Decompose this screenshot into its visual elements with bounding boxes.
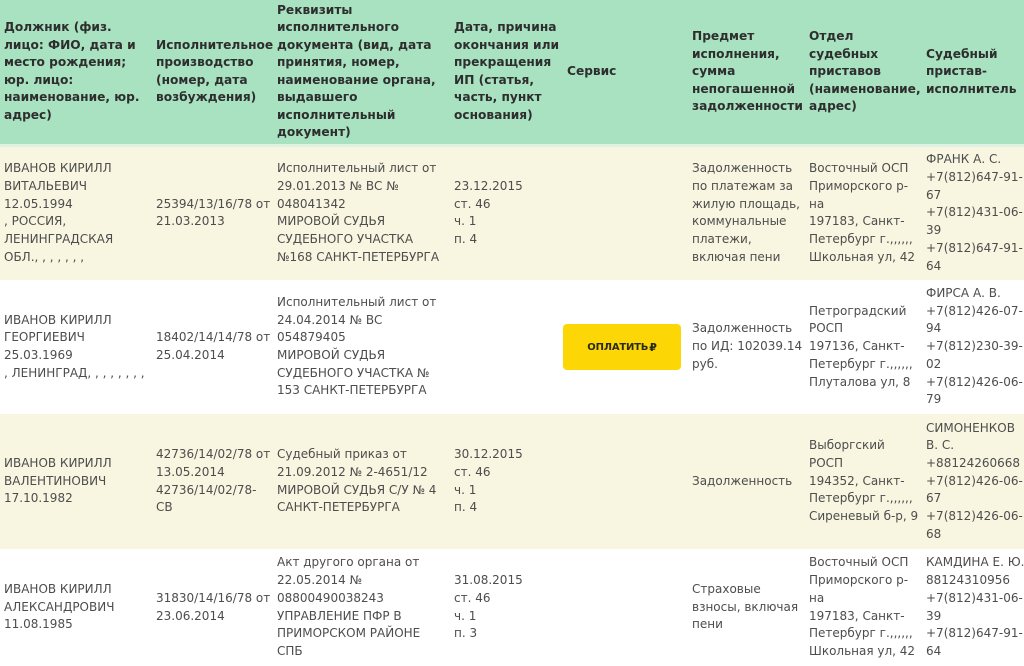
cell-bailiff: ФИРСА А. В.+7(812)426-07-94+7(812)230-39… xyxy=(922,280,1024,414)
cell-debtor: ИВАНОВ КИРИЛЛВИТАЛЬЕВИЧ12.05.1994, РОССИ… xyxy=(0,145,152,280)
debtor-line: 17.10.1982 xyxy=(4,490,150,508)
end-reason-line: п. 3 xyxy=(454,625,561,643)
bailiff-line: +7(812)426-07- xyxy=(926,303,1022,321)
debtor-line: 11.08.1985 xyxy=(4,616,150,634)
bailiff-line: +7(812)426-06- xyxy=(926,508,1022,526)
cell-bailiff: СИМОНЕНКОВВ. С.+88124260668+7(812)426-06… xyxy=(922,414,1024,549)
debtor-line: ВАЛЕНТИНОВИЧ xyxy=(4,473,150,491)
document-line: МИРОВОЙ СУДЬЯ xyxy=(277,347,448,365)
document-line: СПБ xyxy=(277,643,448,661)
department-line: Сиреневый б-р, 9 xyxy=(809,508,920,526)
department-line: Восточный ОСП xyxy=(809,554,920,572)
cell-document: Судебный приказ от21.09.2012 № 2-4651/12… xyxy=(273,414,450,549)
proceeding-line: 25394/13/16/78 от xyxy=(156,196,271,214)
cell-department: Восточный ОСППриморского р-на197183, Сан… xyxy=(805,145,922,280)
department-line: на xyxy=(809,590,920,608)
subject-line: жилую площадь, xyxy=(692,196,803,214)
bailiff-line: 67 xyxy=(926,490,1022,508)
cell-bailiff: КАМДИНА Е. Ю.88124310956+7(812)431-06-39… xyxy=(922,549,1024,666)
cell-debtor: ИВАНОВ КИРИЛЛАЛЕКСАНДРОВИЧ11.08.1985 xyxy=(0,549,152,666)
proceeding-line: 23.06.2014 xyxy=(156,608,271,626)
document-line: ПРИМОРСКОМ РАЙОНЕ xyxy=(277,625,448,643)
end-reason-line: ст. 46 xyxy=(454,590,561,608)
document-line: Судебный приказ от xyxy=(277,446,448,464)
bailiff-line: 67 xyxy=(926,187,1022,205)
document-line: УПРАВЛЕНИЕ ПФР В xyxy=(277,608,448,626)
cell-end-reason: 31.08.2015ст. 46ч. 1п. 3 xyxy=(450,549,563,666)
department-line: на xyxy=(809,196,920,214)
bailiff-line: 02 xyxy=(926,356,1022,374)
department-line: РОСП xyxy=(809,320,920,338)
header-end-reason: Дата, причина окончания или прекращения … xyxy=(450,0,563,145)
debtor-line: 12.05.1994 xyxy=(4,196,150,214)
cell-document: Акт другого органа от22.05.2014 №0880049… xyxy=(273,549,450,666)
document-line: СУДЕБНОГО УЧАСТКА xyxy=(277,231,448,249)
bailiff-line: ФИРСА А. В. xyxy=(926,285,1022,303)
department-line: Плуталова ул, 8 xyxy=(809,374,920,392)
bailiff-line: 39 xyxy=(926,222,1022,240)
proceeding-line: 13.05.2014 xyxy=(156,464,271,482)
department-line: Школьная ул, 42 xyxy=(809,643,920,661)
proceeding-line: 42736/14/02/78 от xyxy=(156,446,271,464)
cell-subject: Задолженностьпо платежам зажилую площадь… xyxy=(688,145,805,280)
end-reason-line: ч. 1 xyxy=(454,608,561,626)
department-line: РОСП xyxy=(809,455,920,473)
cell-subject: Задолженностьпо ИД: 102039.14руб. xyxy=(688,280,805,414)
header-proceeding: Исполнительное производство (номер, дата… xyxy=(152,0,273,145)
end-reason-line: 30.12.2015 xyxy=(454,446,561,464)
department-line: Петербург г.,,,,,, xyxy=(809,231,920,249)
cell-proceeding: 18402/14/14/78 от25.04.2014 xyxy=(152,280,273,414)
bailiff-line: КАМДИНА Е. Ю. xyxy=(926,554,1022,572)
bailiff-line: 64 xyxy=(926,643,1022,661)
header-subject: Предмет исполнения, сумма непогашенной з… xyxy=(688,0,805,145)
bailiff-line: 79 xyxy=(926,391,1022,409)
subject-line: пени xyxy=(692,616,803,634)
header-service: Сервис xyxy=(563,0,688,145)
subject-line: Задолженность xyxy=(692,320,803,338)
subject-line: платежи, xyxy=(692,231,803,249)
document-line: 22.05.2014 № xyxy=(277,572,448,590)
subject-line: Задолженность xyxy=(692,473,803,491)
department-line: Петербург г.,,,,,, xyxy=(809,356,920,374)
bailiff-line: +7(812)426-06- xyxy=(926,473,1022,491)
department-line: 197183, Санкт- xyxy=(809,608,920,626)
header-department: Отдел судебных приставов (наименование, … xyxy=(805,0,922,145)
end-reason-line: ст. 46 xyxy=(454,196,561,214)
subject-line: включая пени xyxy=(692,249,803,267)
debtor-line: ЛЕНИНГРАДСКАЯ xyxy=(4,231,150,249)
cell-proceeding: 25394/13/16/78 от21.03.2013 xyxy=(152,145,273,280)
enforcement-proceedings-table: Должник (физ. лицо: ФИО, дата и место ро… xyxy=(0,0,1024,666)
header-debtor: Должник (физ. лицо: ФИО, дата и место ро… xyxy=(0,0,152,145)
department-line: Приморского р- xyxy=(809,572,920,590)
department-line: Петроградский xyxy=(809,303,920,321)
bailiff-line: +88124260668 xyxy=(926,455,1022,473)
document-line: МИРОВОЙ СУДЬЯ xyxy=(277,213,448,231)
cell-end-reason: 23.12.2015ст. 46ч. 1п. 4 xyxy=(450,145,563,280)
proceeding-line: 25.04.2014 xyxy=(156,347,271,365)
debtor-line: ИВАНОВ КИРИЛЛ xyxy=(4,160,150,178)
table-header-row: Должник (физ. лицо: ФИО, дата и место ро… xyxy=(0,0,1024,145)
table-row: ИВАНОВ КИРИЛЛАЛЕКСАНДРОВИЧ11.08.19853183… xyxy=(0,549,1024,666)
department-line: Петербург г.,,,,,, xyxy=(809,490,920,508)
bailiff-line: +7(812)431-06- xyxy=(926,204,1022,222)
subject-line: Задолженность xyxy=(692,160,803,178)
cell-service: ОПЛАТИТЬ₽ xyxy=(563,280,688,414)
document-line: СУДЕБНОГО УЧАСТКА № xyxy=(277,365,448,383)
cell-document: Исполнительный лист от29.01.2013 № ВС №0… xyxy=(273,145,450,280)
department-line: Приморского р- xyxy=(809,178,920,196)
bailiff-line: 88124310956 xyxy=(926,572,1022,590)
subject-line: взносы, включая xyxy=(692,599,803,617)
header-document: Реквизиты исполнительного документа (вид… xyxy=(273,0,450,145)
department-line: Петербург г.,,,,,, xyxy=(809,625,920,643)
debtor-line: ИВАНОВ КИРИЛЛ xyxy=(4,455,150,473)
bailiff-line: +7(812)647-91- xyxy=(926,240,1022,258)
cell-end-reason xyxy=(450,280,563,414)
ruble-icon: ₽ xyxy=(649,341,656,354)
table-row: ИВАНОВ КИРИЛЛВИТАЛЬЕВИЧ12.05.1994, РОССИ… xyxy=(0,145,1024,280)
document-line: МИРОВОЙ СУДЬЯ С/У № 4 xyxy=(277,482,448,500)
debtor-line: ВИТАЛЬЕВИЧ xyxy=(4,178,150,196)
subject-line: руб. xyxy=(692,356,803,374)
debtor-line: АЛЕКСАНДРОВИЧ xyxy=(4,599,150,617)
proceeding-line: 18402/14/14/78 от xyxy=(156,329,271,347)
cell-bailiff: ФРАНК А. С.+7(812)647-91-67+7(812)431-06… xyxy=(922,145,1024,280)
debtor-line: 25.03.1969 xyxy=(4,347,150,365)
document-line: Исполнительный лист от xyxy=(277,294,448,312)
table-row: ИВАНОВ КИРИЛЛВАЛЕНТИНОВИЧ17.10.198242736… xyxy=(0,414,1024,549)
bailiff-line: +7(812)647-91- xyxy=(926,169,1022,187)
end-reason-line: 31.08.2015 xyxy=(454,572,561,590)
bailiff-line: В. С. xyxy=(926,437,1022,455)
document-line: №168 САНКТ-ПЕТЕРБУРГА xyxy=(277,249,448,267)
bailiff-line: +7(812)431-06- xyxy=(926,590,1022,608)
document-line: 08800490038243 xyxy=(277,590,448,608)
debtor-line: ИВАНОВ КИРИЛЛ xyxy=(4,581,150,599)
department-line: Школьная ул, 42 xyxy=(809,249,920,267)
bailiff-line: 39 xyxy=(926,608,1022,626)
bailiff-line: 94 xyxy=(926,320,1022,338)
header-bailiff: Судебный пристав-исполнитель xyxy=(922,0,1024,145)
end-reason-line: ч. 1 xyxy=(454,213,561,231)
bailiff-line: +7(812)647-91- xyxy=(926,625,1022,643)
debtor-line: , РОССИЯ, xyxy=(4,213,150,231)
end-reason-line: ч. 1 xyxy=(454,482,561,500)
pay-button[interactable]: ОПЛАТИТЬ₽ xyxy=(563,324,681,370)
cell-proceeding: 42736/14/02/78 от13.05.201442736/14/02/7… xyxy=(152,414,273,549)
debtor-line: , ЛЕНИНГРАД, , , , , , , , xyxy=(4,365,150,383)
document-line: Исполнительный лист от xyxy=(277,160,448,178)
cell-proceeding: 31830/14/16/78 от23.06.2014 xyxy=(152,549,273,666)
end-reason-line: ст. 46 xyxy=(454,464,561,482)
end-reason-line: 23.12.2015 xyxy=(454,178,561,196)
department-line: 194352, Санкт- xyxy=(809,473,920,491)
cell-end-reason: 30.12.2015ст. 46ч. 1п. 4 xyxy=(450,414,563,549)
document-line: 054879405 xyxy=(277,329,448,347)
cell-service xyxy=(563,549,688,666)
cell-subject: Задолженность xyxy=(688,414,805,549)
subject-line: Страховые xyxy=(692,581,803,599)
bailiff-line: ФРАНК А. С. xyxy=(926,151,1022,169)
subject-line: коммунальные xyxy=(692,213,803,231)
table-row: ИВАНОВ КИРИЛЛГЕОРГИЕВИЧ25.03.1969, ЛЕНИН… xyxy=(0,280,1024,414)
cell-service xyxy=(563,145,688,280)
table-body: ИВАНОВ КИРИЛЛВИТАЛЬЕВИЧ12.05.1994, РОССИ… xyxy=(0,145,1024,666)
debtor-line: ОБЛ., , , , , , , xyxy=(4,249,150,267)
document-line: 29.01.2013 № ВС № xyxy=(277,178,448,196)
cell-service xyxy=(563,414,688,549)
cell-department: ВыборгскийРОСП194352, Санкт-Петербург г.… xyxy=(805,414,922,549)
cell-document: Исполнительный лист от24.04.2014 № ВС054… xyxy=(273,280,450,414)
end-reason-line: п. 4 xyxy=(454,231,561,249)
cell-subject: Страховыевзносы, включаяпени xyxy=(688,549,805,666)
department-line: 197183, Санкт- xyxy=(809,213,920,231)
cell-debtor: ИВАНОВ КИРИЛЛГЕОРГИЕВИЧ25.03.1969, ЛЕНИН… xyxy=(0,280,152,414)
proceeding-line: 31830/14/16/78 от xyxy=(156,590,271,608)
document-line: Акт другого органа от xyxy=(277,554,448,572)
cell-debtor: ИВАНОВ КИРИЛЛВАЛЕНТИНОВИЧ17.10.1982 xyxy=(0,414,152,549)
bailiff-line: +7(812)426-06- xyxy=(926,374,1022,392)
debtor-line: ИВАНОВ КИРИЛЛ xyxy=(4,312,150,330)
document-line: 048041342 xyxy=(277,196,448,214)
end-reason-line: п. 4 xyxy=(454,499,561,517)
department-line: Восточный ОСП xyxy=(809,160,920,178)
proceeding-line: 42736/14/02/78- xyxy=(156,482,271,500)
department-line: Выборгский xyxy=(809,437,920,455)
document-line: САНКТ-ПЕТЕРБУРГА xyxy=(277,499,448,517)
cell-department: ПетроградскийРОСП197136, Санкт-Петербург… xyxy=(805,280,922,414)
proceeding-line: 21.03.2013 xyxy=(156,213,271,231)
bailiff-line: СИМОНЕНКОВ xyxy=(926,420,1022,438)
debtor-line: ГЕОРГИЕВИЧ xyxy=(4,329,150,347)
bailiff-line: 64 xyxy=(926,258,1022,276)
pay-button-label: ОПЛАТИТЬ xyxy=(587,342,648,353)
document-line: 24.04.2014 № ВС xyxy=(277,312,448,330)
department-line: 197136, Санкт- xyxy=(809,338,920,356)
cell-department: Восточный ОСППриморского р-на197183, Сан… xyxy=(805,549,922,666)
bailiff-line: +7(812)230-39- xyxy=(926,338,1022,356)
subject-line: по ИД: 102039.14 xyxy=(692,338,803,356)
proceeding-line: СВ xyxy=(156,499,271,517)
bailiff-line: 68 xyxy=(926,526,1022,544)
subject-line: по платежам за xyxy=(692,178,803,196)
document-line: 21.09.2012 № 2-4651/12 xyxy=(277,464,448,482)
document-line: 153 САНКТ-ПЕТЕРБУРГА xyxy=(277,382,448,400)
